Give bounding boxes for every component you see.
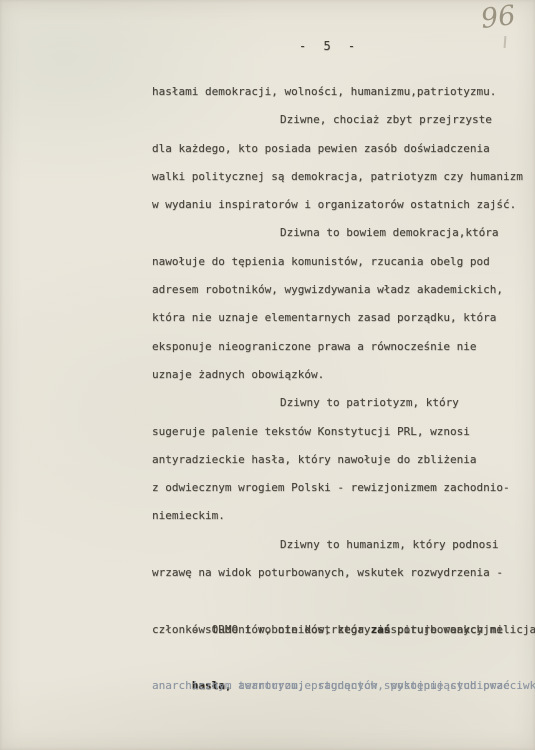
text-line: nawołuje do tępienia komunistów, rzucani… (152, 248, 532, 276)
text-line-paragraph-start: Dziwny to patriotyzm, który (152, 389, 532, 417)
text-line-paragraph-start: Dziwna to bowiem demokracja,która (152, 219, 532, 247)
text-line: w wydaniu inspiratorów i organizatorów o… (152, 191, 532, 219)
text-line: uznaje żadnych obowiązków. (152, 361, 532, 389)
text-line: hasła, terroryzuje studentów, występując… (152, 644, 532, 672)
text-line-paragraph-start: Dziwny to humanizm, który podnosi (152, 531, 532, 559)
text-line: - studentów, nie dostrzega zaś poturbowa… (152, 587, 532, 615)
typewritten-text-block: hasłami demokracji, wolności, humanizmu,… (152, 78, 532, 701)
text-line-paragraph-start: Dziwne, chociaż zbyt przejrzyste (152, 106, 532, 134)
page-header-number: - 5 - (299, 39, 360, 53)
text-line: dla każdego, kto posiada pewien zasób do… (152, 135, 532, 163)
text-line: sugeruje palenie tekstów Konstytucji PRL… (152, 418, 532, 446)
text-line: antyradzieckie hasła, który nawołuje do … (152, 446, 532, 474)
text-line: hasłami demokracji, wolności, humanizmu,… (152, 78, 532, 106)
text-line-faded: anarchicznym awanturom, pragnących spoko… (152, 672, 532, 700)
scanned-document-page: 96 - 5 - hasłami demokracji, wolności, h… (0, 0, 535, 750)
text-line: wrzawę na widok poturbowanych, wskutek r… (152, 559, 532, 587)
pencil-mark (504, 36, 506, 48)
text-line: członków ORMO i robotników, który inspir… (152, 616, 532, 644)
text-line: eksponuje nieograniczone prawa a równocz… (152, 333, 532, 361)
text-line: z odwiecznym wrogiem Polski - rewizjoniz… (152, 474, 532, 502)
text-line: adresem robotników, wygwizdywania władz … (152, 276, 532, 304)
text-line: niemieckim. (152, 502, 532, 530)
text-line: która nie uznaje elementarnych zasad por… (152, 304, 532, 332)
text-line: walki politycznej są demokracja, patriot… (152, 163, 532, 191)
handwritten-page-number: 96 (479, 0, 517, 35)
